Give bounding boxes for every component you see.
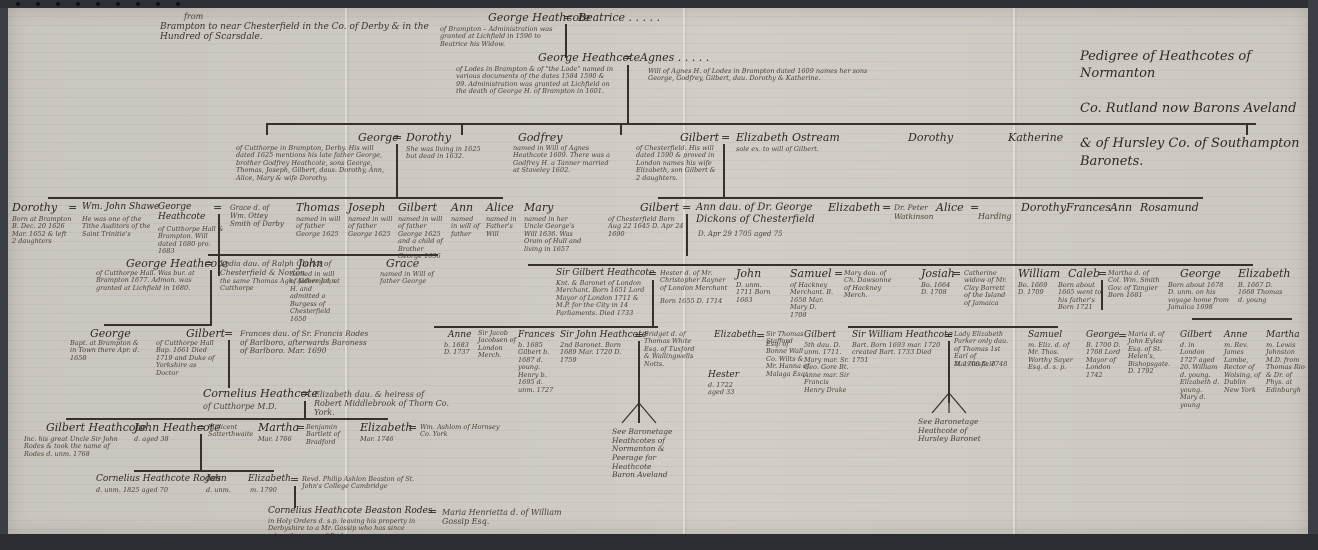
gen8-martha: Martha [258, 422, 299, 435]
gen4-rosamund: Rosamund [1140, 202, 1199, 215]
gen5-grace-note: named in Will of father George [380, 271, 435, 286]
gen2-wife: Agnes . . . . . [640, 52, 709, 65]
gen4-alice-r: Alice [936, 202, 964, 215]
gen4-dorothy-spouse: Wm. John Shawe [82, 202, 159, 212]
gen9-john-note: d. unm. [206, 487, 231, 494]
gen4-dorothy-r: Dorothy [1021, 202, 1066, 215]
gen6-frances: Frances [518, 330, 555, 340]
gen6-sir-william: Sir William Heathcote [852, 330, 953, 340]
gen4-elizabeth: Elizabeth [828, 202, 880, 215]
gen6-maria-eyles: Maria d. of John Eyles Esq. of St. Helen… [1128, 331, 1170, 376]
gen4-thomas: Thomas [296, 202, 340, 215]
gen5-john: John [298, 258, 323, 271]
gen9-elizabeth: Elizabeth [248, 474, 291, 484]
origin-note: Brampton to near Chesterfield in the Co.… [160, 22, 440, 43]
gen3-katherine: Katherine [1008, 132, 1063, 145]
gen5-samuel-note: of Hackney Merchant. B. 1658 Mar. Mary D… [790, 282, 835, 319]
title-line: Co. Rutland now Barons Aveland [1080, 100, 1308, 118]
gen9-elizabeth-note: m. 1790 [250, 487, 277, 494]
gen9-john: John [206, 474, 227, 484]
gen4-thomas-note: named in will of father George 1625 [296, 216, 341, 238]
gen3-gilbert-spouse: Elizabeth Ostream [736, 132, 840, 145]
gen5-caleb-note: Born about 1665 went to his father's Bor… [1058, 282, 1106, 312]
gen5-william: William [1018, 268, 1060, 281]
gen5-caleb: Caleb [1068, 268, 1100, 281]
gen8-elizabeth-note: Mar. 1746 [360, 436, 394, 443]
gen5-hester: Hester d. of Mr. Christopher Rayner of L… [660, 270, 730, 292]
gen2-note-left: of Lodes in Brampton & of "the Lode" nam… [456, 66, 616, 96]
gen6-martha-note: m. Lewis Johnston M.D. from Thomas Rio &… [1266, 342, 1308, 394]
gen6-sir-william-note: Bart. Born 1693 mar. 1720 created Bart. … [852, 342, 942, 364]
gen4-dorothy: Dorothy [12, 202, 57, 215]
gen6-jacobsen: Sir Jacob Jacobsen of London Merch. [478, 330, 516, 360]
gen4-ann: Ann [451, 202, 473, 215]
gen5-sir-gilbert-note: Knt. & Baronet of London Merchant. Born … [556, 280, 648, 317]
gen4-george-spouse: Grace d. of Wm. Ottey Smith of Darby [230, 204, 285, 228]
gen5-elizabeth-r: Elizabeth [1238, 268, 1290, 281]
gen6-george-r: George [1086, 330, 1119, 340]
gen6-martha: Martha [1266, 330, 1300, 340]
gen5-john-r-note: D. unm. 1711 Born 1663 [736, 282, 778, 304]
gen1-husband: George Heathcote [488, 12, 590, 25]
gen3-gilbert: Gilbert [680, 132, 719, 145]
gen6-george-note: Bapt. at Brampton & in Town there Apr. d… [70, 340, 140, 362]
gen7-cornelius-note: of Cutthorpe M.D. [203, 402, 277, 411]
gen4-ann-dickons: Ann dau. of Dr. George Dickons of Cheste… [696, 202, 836, 225]
gen5-josiah-note: Bo. 1664 D. 1708 [921, 282, 951, 297]
gen6-lady-elizabeth-note: D. 1700 D. 1748 [954, 361, 1016, 368]
gen4-frances: Frances [1066, 202, 1111, 215]
gen8-ashlom: Wm. Ashlom of Hornsey Co. York [420, 424, 500, 439]
gen2-note-right: Will of Agnes H. of Lodes in Brampton da… [648, 68, 878, 83]
gen5-samuel: Samuel [790, 268, 832, 281]
gen5-martha-smith: Martha d. of Col. Wm. Smith Gov. of Tang… [1108, 270, 1160, 292]
gen6-gilbert-r2-note: d. in London 1727 aged 20. William d. yo… [1180, 342, 1220, 409]
gen9-cornelius-rodes-note: d. unm. 1825 aged 70 [96, 487, 168, 494]
reference-normanton: See Baronetage Heathcotes of Normanton &… [612, 428, 676, 480]
gen6-hester-note: d. 1722 aged 33 [708, 382, 748, 397]
gen6-george-r-note: B. 1700 D. 1768 Lord Mayor of London 174… [1086, 342, 1122, 379]
gen4-gilbert: Gilbert [398, 202, 437, 215]
gen5-sir-gilbert: Sir Gilbert Heathcote [556, 268, 654, 278]
gen6-gilbert-r: Gilbert [804, 330, 836, 340]
gen4-alice-spouse: Harding [978, 212, 1012, 221]
gen5-john-r: John [736, 268, 761, 281]
gen5-mary-dawsonne: Mary dau. of Ch. Dawsonne of Hackney Mer… [844, 270, 894, 300]
gen3-george-note: of Cutthorpe in Brampton, Derby. His wil… [236, 145, 386, 182]
gen5-catherine: Catherine widow of Mr. Clay Barrett of t… [964, 270, 1012, 307]
gen5-george-r: George [1180, 268, 1221, 281]
gen5-george-note: of Cutthorpe Hall. Was bur. at Brampton … [96, 270, 206, 292]
gen6-samuel: Samuel [1028, 330, 1062, 340]
title-line: & of Hursley Co. of Southampton Baronets… [1080, 135, 1308, 170]
gen6-anne: Anne [448, 330, 471, 340]
paper-fold [1013, 8, 1015, 534]
pedigree-sheet: Pedigree of Heathcotes of Normanton Co. … [8, 8, 1308, 534]
gen6-gilbert-note: of Cutthorpe Hall Bap. 1661 Died 1719 an… [156, 340, 216, 377]
gen4-alice: Alice [486, 202, 514, 215]
gen4-gilbert-r: Gilbert [640, 202, 679, 215]
gen4-ann-r: Ann [1110, 202, 1132, 215]
paper-fold [345, 8, 347, 534]
gen6-anne-r: Anne [1224, 330, 1247, 340]
gen4-mary-note: named in her Uncle George's Will 1636. W… [524, 216, 584, 253]
document-title: Pedigree of Heathcotes of Normanton Co. … [1080, 30, 1308, 188]
gen8-gilbert: Gilbert Heathcote [46, 422, 146, 435]
gen4-shawe-note: He was one of the Tithe Auditors of the … [82, 216, 152, 238]
gen3-dorothy-note: She was living in 1625 but dead in 1632. [406, 146, 486, 161]
gen4-joseph: Joseph [348, 202, 385, 215]
gen5-josiah: Josiah [921, 268, 955, 281]
gen5-william-note: Bo. 1669 D. 1709 [1018, 282, 1054, 297]
reference-hursley: See Baronetage Heathcote of Hursley Baro… [918, 418, 988, 444]
gen3-gilbert-note: of Chesterfield. His will dated 1590 & p… [636, 145, 721, 182]
gen4-ann-note: named in will of father [451, 216, 481, 238]
gen5-john-note: named in will of father John H. and admi… [290, 271, 340, 323]
gen5-grace: Grace [386, 258, 419, 271]
gen6-hester: Hester [708, 370, 739, 380]
gen6-frances-rodes: Frances dau. of Sr. Francis Rodes of Bar… [240, 330, 370, 356]
gen6-sir-john-note: 2nd Baronet. Born 1689 Mar. 1720 D. 1759 [560, 342, 630, 364]
film-sprocket-strip [0, 0, 1318, 8]
gen8-gilbert-note: Inc. his great Uncle Sir John Rodes & to… [24, 436, 124, 458]
gen9-cornelius-rodes: Cornelius Heathcote Rodes [96, 474, 221, 484]
gen3-dorothy: Dorothy [908, 132, 953, 145]
gen5-elizabeth-r-note: B. 1667 D. 1668 Thomas d. young [1238, 282, 1288, 304]
gen5-martha-smith-note: Born 1681 [1108, 292, 1160, 299]
descent-fork-icon [620, 403, 660, 425]
gen6-gilbert-r2: Gilbert [1180, 330, 1212, 340]
marriage-symbol: = [623, 51, 632, 64]
gen8-millicent: Millicent Satterthwaite [208, 424, 253, 439]
gen3-godfrey-note: named in Will of Agnes Heathcote 1609. T… [513, 145, 613, 175]
gen8-benjamin: Benjamin Bartlett of Bradford [306, 424, 356, 446]
gen5-hester-note: Born 1655 D. 1714 [660, 298, 730, 305]
gen4-alice-note: named in Father's Will [486, 216, 518, 238]
scanner-edge [1308, 0, 1318, 550]
gen4-ann-dickons-note: D. Apr 29 1705 aged 75 [698, 230, 818, 238]
gen6-bridget: Bridget d. of Thomas White Esq. of Tuxfo… [644, 331, 696, 368]
gen3-george-spouse: Dorothy [406, 132, 451, 145]
gen3-godfrey: Godfrey [518, 132, 563, 145]
origin-note-label: from [184, 12, 203, 21]
gen8-john-note: d. aged 38 [134, 436, 169, 443]
gen4-joseph-note: named in will of father George 1625 [348, 216, 393, 238]
marriage-symbol: = [563, 11, 572, 24]
gen8-martha-note: Mar. 1766 [258, 436, 292, 443]
gen6-elizabeth: Elizabeth [714, 330, 757, 340]
gen10-maria-gossip: Maria Henrietta d. of William Gossip Esq… [442, 508, 582, 526]
gen4-mary: Mary [524, 202, 553, 215]
descent-fork-icon [930, 393, 970, 415]
gen4-gilbert-r-note: of Chesterfield Born Aug 22 1645 D. Apr … [608, 216, 688, 238]
title-line: Pedigree of Heathcotes of Normanton [1080, 48, 1308, 83]
gen6-anne-note: b. 1683 D. 1737 [444, 342, 474, 357]
gen8-elizabeth: Elizabeth [360, 422, 412, 435]
gen5-george-r-note: Born about 1678 D. unm. on his voyage ho… [1168, 282, 1230, 312]
gen6-anne-r-note: m. Rev. James Lambe, Rector of Wolsing, … [1224, 342, 1262, 394]
gen6-samuel-note: m. Eliz. d. of Mr. Thos. Worthy Sayer Es… [1028, 342, 1074, 372]
gen9-beaston: Revd. Philip Ashlon Beaston of St. John'… [302, 476, 432, 491]
gen1-wife: Beatrice . . . . . [578, 12, 660, 25]
gen4-dorothy-note: Born at Brampton B. Dec. 20 1626 Mar. 16… [12, 216, 72, 246]
gen1-note: of Brampton – Administration was granted… [440, 26, 570, 48]
scanner-edge [0, 534, 1318, 550]
gen10-cornelius-beaston-rodes: Cornelius Heathcote Beaston Rodes [268, 506, 433, 516]
gen3-elizabeth-note: sole ex. to will of Gilbert. [736, 146, 846, 153]
gen6-gilbert-r-note: 5th dau. D. unm. 1711. Mary mar. Sr. Geo… [804, 342, 850, 394]
gen6-frances-note: b. 1685 Gilbert b. 1687 d. young. Henry … [518, 342, 558, 394]
gen7-elizabeth-middlebrook: Elizabeth dau. & heiress of Robert Middl… [314, 390, 454, 418]
